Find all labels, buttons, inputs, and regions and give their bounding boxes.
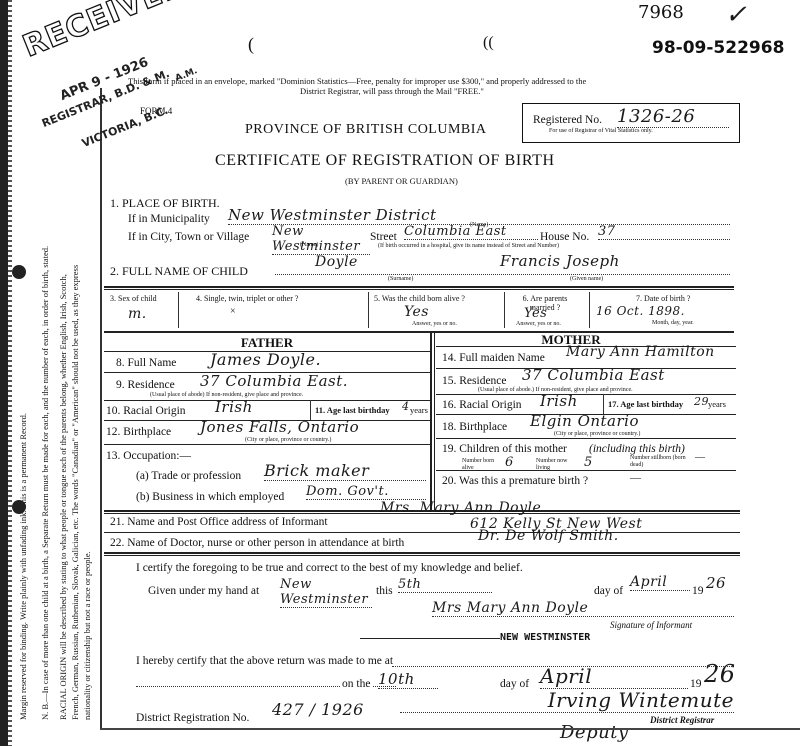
- section-rule: [104, 555, 740, 556]
- dob-sub: Month, day, year.: [652, 320, 694, 326]
- margin-note-4: French, German, Russian, Ruthenian, Slov…: [70, 265, 80, 720]
- mother-racial-value: Irish: [540, 392, 578, 410]
- street-label: Street: [370, 231, 397, 243]
- binding-rule: [100, 88, 102, 728]
- mother-racial-label: 16. Racial Origin: [442, 399, 522, 411]
- mailing-note: This form if placed in an envelope, mark…: [128, 76, 586, 86]
- father-residence-label: 9. Residence: [116, 379, 175, 391]
- father-racial-label: 10. Racial Origin: [106, 405, 186, 417]
- father-birthplace-sub: (City or place, province or country.): [245, 437, 331, 443]
- bottom-border: [100, 728, 800, 730]
- place-of-birth-heading: 1. PLACE OF BIRTH.: [110, 196, 220, 211]
- trade-label: (a) Trade or profession: [136, 470, 241, 482]
- children-label: 19. Children of this mother: [442, 443, 567, 455]
- row-rule: [436, 394, 736, 395]
- mother-birthplace-value: Elgin Ontario: [530, 412, 639, 430]
- mother-residence-label: 15. Residence: [442, 375, 507, 387]
- mother-birthplace-label: 18. Birthplace: [442, 421, 507, 433]
- margin-note-1: Margin reserved for binding. Write plain…: [18, 413, 28, 720]
- registrar-signature-label: District Registrar: [650, 715, 714, 725]
- reference-number: 98-09-522968: [652, 38, 784, 58]
- new-westminster-stamp: NEW WESTMINSTER: [500, 632, 590, 643]
- registrar-signature-value: Irving Wintemute: [400, 688, 734, 713]
- registrar-statement: I hereby certify that the above return w…: [136, 655, 393, 667]
- dob-label: 7. Date of birth ?: [636, 294, 690, 303]
- mother-name-label: 14. Full maiden Name: [442, 352, 545, 364]
- mother-residence-value: 37 Columbia East: [522, 366, 665, 384]
- city-label: If in City, Town or Village: [128, 231, 249, 243]
- scan-edge-texture: [8, 0, 12, 746]
- certificate-title: CERTIFICATE OF REGISTRATION OF BIRTH: [215, 152, 555, 170]
- registrar-month-value: April: [540, 664, 688, 689]
- premature-label: 20. Was this a premature birth ?: [442, 475, 588, 487]
- father-mother-divider: [430, 331, 432, 511]
- deputy-value: Deputy: [560, 722, 629, 743]
- father-birthplace-label: 12. Birthplace: [106, 426, 171, 438]
- registered-no-note: For use of Registrar of Vital Statistics…: [549, 128, 653, 134]
- father-name-label: 8. Full Name: [116, 357, 176, 369]
- registered-no-label: Registered No.: [533, 114, 602, 126]
- given-place-value: New Westminster: [280, 577, 372, 608]
- child-surname: Doyle: [315, 254, 358, 270]
- doctor-value: Dr. De Wolf Smith.: [478, 528, 619, 544]
- on-the-label: on the: [340, 678, 372, 690]
- cert-month-value: April: [630, 574, 690, 591]
- surname-sub: (Surname): [388, 276, 413, 282]
- cert-day-value: 5th: [398, 577, 492, 593]
- sex-label: 3. Sex of child: [110, 294, 157, 303]
- registrar-day-value: 10th: [378, 670, 438, 689]
- margin-note-2: N. B.—In case of more than one child at …: [40, 246, 50, 720]
- informant-label: 21. Name and Post Office address of Info…: [110, 516, 328, 528]
- informant-name-value: Mrs. Mary Ann Doyle: [380, 500, 541, 516]
- row-rule: [360, 638, 500, 639]
- cert-year-prefix: 19: [692, 585, 704, 597]
- ornament-icon: ((: [483, 34, 494, 52]
- father-age-label: 11. Age last birthday: [315, 405, 390, 415]
- mother-age-value: 29: [694, 395, 709, 408]
- this-label: this: [376, 585, 393, 597]
- mother-age-label: 17. Age last birthday: [608, 399, 683, 409]
- mailing-note-2: District Registrar, will pass through th…: [300, 86, 484, 96]
- certification-statement: I certify the foregoing to be true and c…: [136, 562, 523, 574]
- business-label: (b) Business in which employed: [136, 491, 284, 503]
- section-rule: [104, 552, 740, 554]
- born-alive-value: Yes: [404, 304, 429, 320]
- city-sub: (Name): [300, 242, 318, 248]
- business-value: Dom. Gov't.: [306, 484, 426, 500]
- cell-divider: [310, 400, 311, 420]
- mother-name-value: Mary Ann Hamilton: [566, 344, 715, 360]
- certificate-subtitle: (BY PARENT OR GUARDIAN): [345, 176, 458, 186]
- row-rule: [436, 438, 736, 439]
- children-note: (including this birth): [589, 443, 685, 455]
- father-birthplace-value: Jones Falls, Ontario: [200, 418, 359, 436]
- doctor-label: 22. Name of Doctor, nurse or other perso…: [110, 537, 404, 549]
- received-stamp: RECEIVED: [18, 0, 192, 64]
- dob-value: 16 Oct. 1898.: [596, 304, 685, 318]
- house-no-value: 37: [598, 224, 730, 240]
- house-no-label: House No.: [540, 231, 589, 243]
- plurality-value: ×: [230, 306, 236, 317]
- ornament-icon: (: [248, 34, 254, 55]
- informant-signature-value: Mrs Mary Ann Doyle: [432, 600, 734, 617]
- trade-value: Brick maker: [264, 461, 426, 481]
- born-alive-count-value: 6: [505, 455, 514, 470]
- binding-hole-icon: [12, 265, 26, 279]
- parents-married-sub: Answer, yes or no.: [516, 321, 561, 327]
- now-living-value: 5: [584, 455, 593, 470]
- district-registration-value: 427 / 1926: [272, 700, 364, 719]
- child-given-names: Francis Joseph: [500, 252, 620, 270]
- registrar-year-suffix: 26: [704, 660, 736, 688]
- margin-note-3: RACIAL ORIGIN will be described by stati…: [58, 274, 68, 720]
- father-age-unit: years: [410, 405, 428, 415]
- father-name-value: James Doyle.: [210, 350, 321, 369]
- child-name-label: 2. FULL NAME OF CHILD: [110, 264, 248, 279]
- street-value: Columbia East: [404, 224, 538, 240]
- father-mother-divider: [434, 331, 435, 511]
- file-number: 7968: [638, 2, 684, 23]
- scan-edge: [0, 0, 8, 746]
- stillborn-value: —: [695, 452, 705, 463]
- child-details-row: 3. Sex of child m. 4. Single, twin, trip…: [104, 292, 734, 330]
- cell-divider: [603, 394, 604, 414]
- province-heading: PROVINCE OF BRITISH COLUMBIA: [245, 122, 487, 138]
- occupation-label: 13. Occupation:—: [106, 450, 191, 462]
- father-racial-value: Irish: [215, 398, 253, 416]
- form-number: FORM 4: [140, 106, 172, 116]
- father-residence-value: 37 Columbia East.: [200, 372, 348, 390]
- informant-signature-label: Signature of Informant: [610, 620, 692, 630]
- district-registration-label: District Registration No.: [136, 712, 249, 724]
- father-heading: FATHER: [104, 335, 430, 351]
- check-mark-icon: ✓: [725, 0, 747, 30]
- sex-value: m.: [128, 306, 147, 322]
- mother-age-unit: years: [708, 399, 726, 409]
- hospital-note: (If birth occurred in a hospital, give i…: [378, 243, 559, 249]
- row-rule: [104, 400, 430, 401]
- municipality-label: If in Municipality: [128, 213, 210, 225]
- row-rule: [436, 470, 736, 471]
- cert-year-suffix: 26: [706, 574, 726, 592]
- born-alive-label: 5. Was the child born alive ?: [374, 294, 465, 303]
- father-age-value: 4: [402, 400, 410, 413]
- plurality-label: 4. Single, twin, triplet or other ?: [196, 294, 298, 303]
- day-of-label: day of: [594, 585, 623, 597]
- mother-birthplace-sub: (City or place, province or country.): [554, 431, 640, 437]
- stillborn-label: Number stillborn (born dead): [630, 455, 690, 469]
- parents-married-value: Yes: [524, 306, 547, 321]
- section-rule: [104, 286, 734, 288]
- registered-no-value: 1326-26: [617, 106, 729, 128]
- born-alive-sub: Answer, yes or no.: [412, 321, 457, 327]
- premature-value: —: [630, 472, 641, 484]
- row-rule: [104, 532, 740, 533]
- city-value: New Westminster: [272, 224, 370, 255]
- margin-note-5: nationality or citizenship but not a rac…: [82, 551, 92, 720]
- row-rule: [104, 444, 430, 445]
- given-sub: (Given name): [570, 276, 603, 282]
- section-rule: [104, 289, 734, 290]
- binding-hole-icon: [12, 500, 26, 514]
- given-under-hand-label: Given under my hand at: [148, 585, 259, 597]
- registered-no-box: Registered No. 1326-26 For use of Regist…: [522, 103, 740, 143]
